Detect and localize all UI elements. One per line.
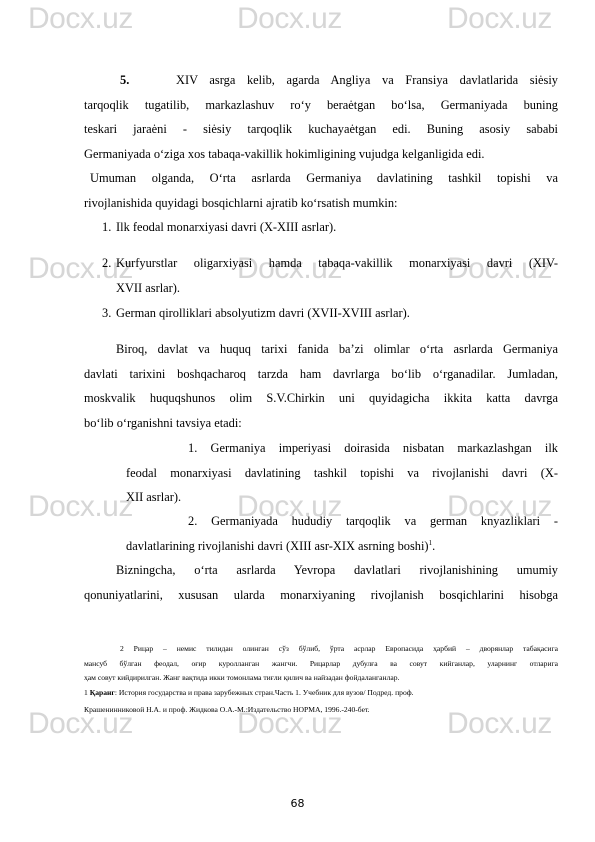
paragraph-bizningcha: Bizningcha, o‘rta asrlarda Yevropa davla… xyxy=(84,558,558,607)
watermark: Docx.uz xyxy=(28,2,133,36)
paragraph-biroq: Biroq, davlat va huquq tarixi fanida ba’… xyxy=(84,337,558,435)
watermark: Docx.uz xyxy=(28,490,133,524)
chirkin-list-item-1: 1. Germaniya imperiyasi doirasida nisbat… xyxy=(126,436,558,510)
paragraph-general: Umuman olganda, O‘rta asrlarda Germaniya… xyxy=(84,166,558,215)
watermark: Docx.uz xyxy=(237,2,342,36)
footnote-1: 1 Қаранг: История государства и права за… xyxy=(84,686,558,701)
footnote-2: 2 Рицар – немис тилидан олинган сўз бўли… xyxy=(84,642,558,657)
page-number: 68 xyxy=(0,797,595,810)
paragraph-number: 5. xyxy=(120,68,176,93)
footnotes: 2 Рицар – немис тилидан олинган сўз бўли… xyxy=(84,642,558,718)
chirkin-list-item-2: 2. Germaniyada hududiy tarqoqlik va germ… xyxy=(126,509,558,558)
paragraph-5: 5.XIV asrga kelib, agarda Angliya va Fra… xyxy=(84,68,558,166)
watermark: Docx.uz xyxy=(447,2,552,36)
footnote-ref[interactable]: 1 xyxy=(429,538,433,546)
